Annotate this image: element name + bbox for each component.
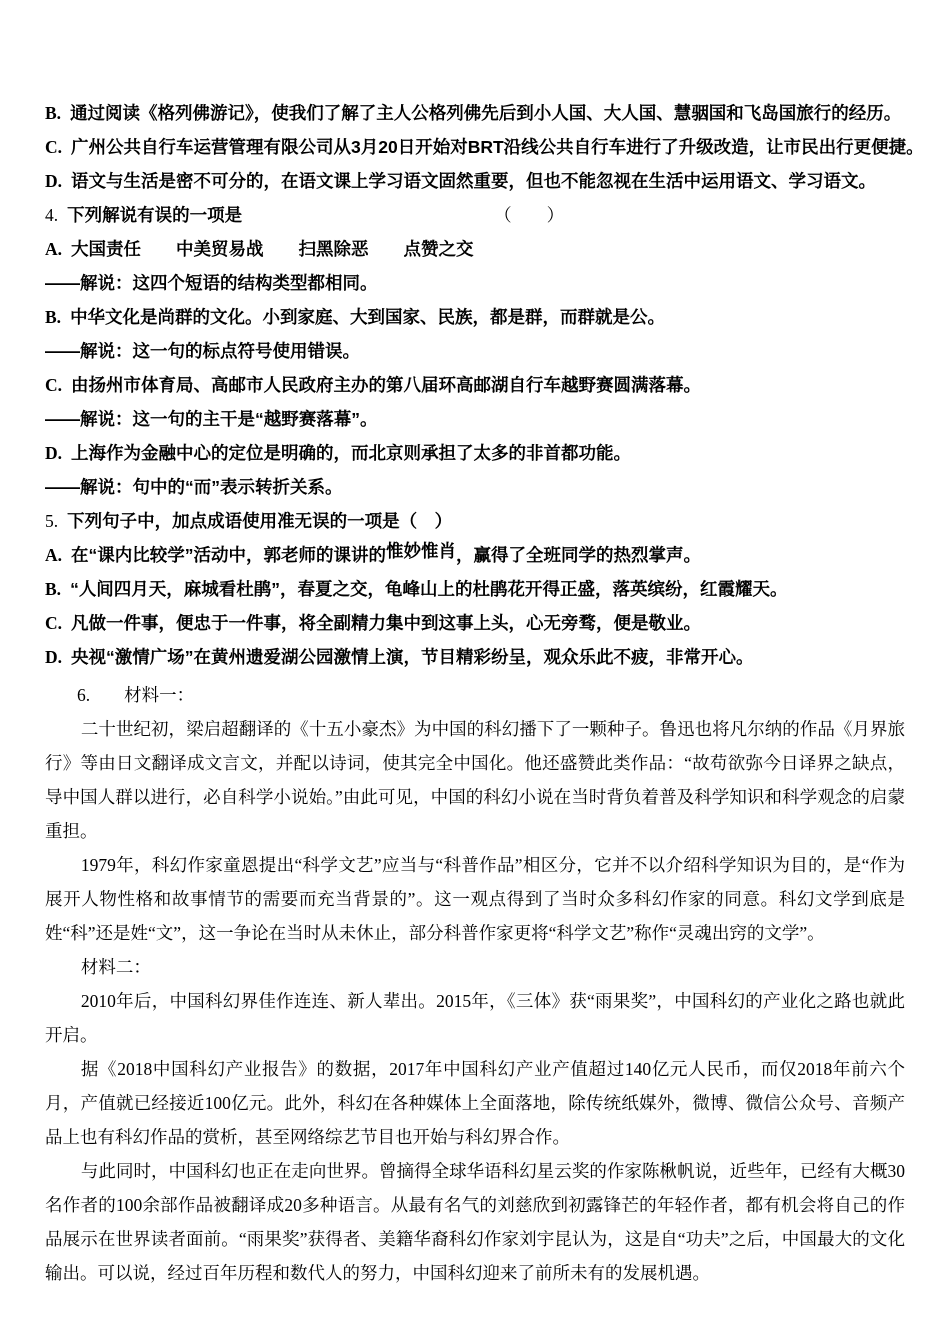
question-5-option-a: A.在“课内比较学”活动中，郭老师的课讲的惟妙惟肖，赢得了全班同学的热烈掌声。 — [45, 538, 905, 572]
question-number: 6. — [77, 685, 90, 705]
question-4-explanation-a: ——解说：这四个短语的结构类型都相同。 — [45, 266, 905, 300]
option-letter: B. — [45, 103, 61, 123]
material-2-paragraph-1: 2010年后，中国科幻界佳作连连、新人辈出。2015年，《三体》获“雨果奖”，中… — [45, 984, 905, 1052]
question-4-option-b: B.中华文化是尚群的文化。小到家庭、大到国家、民族，都是群，而群就是公。 — [45, 300, 905, 334]
emphasized-idiom: 惟妙惟肖 — [386, 541, 456, 561]
question-3-option-c: C.广州公共自行车运营管理有限公司从3月20日开始对BRT沿线公共自行车进行了升… — [45, 130, 905, 164]
question-4-stem: 下列解说有误的一项是 — [67, 205, 242, 225]
answer-blank-parens: （ ） — [494, 205, 564, 225]
option-letter: B. — [45, 579, 61, 599]
question-number: 5. — [45, 511, 58, 531]
question-6-block: 6.材料一： 二十世纪初，梁启超翻译的《十五小豪杰》为中国的科幻播下了一颗种子。… — [45, 678, 905, 1290]
question-5-stem-line: 5.下列句子中，加点成语使用准无误的一项是（ ） — [45, 504, 905, 538]
question-5-stem: 下列句子中，加点成语使用准无误的一项是（ ） — [67, 511, 452, 531]
material-1-heading: 6.材料一： — [45, 678, 905, 712]
question-3-option-b: B.通过阅读《格列佛游记》，使我们了解了主人公格列佛先后到小人国、大人国、慧骃国… — [45, 96, 905, 130]
material-2-label: 材料二： — [45, 950, 905, 984]
option-text: 中华文化是尚群的文化。小到家庭、大到国家、民族，都是群，而群就是公。 — [70, 307, 665, 327]
explanation-text: ——解说：这四个短语的结构类型都相同。 — [45, 273, 378, 293]
question-4-explanation-d: ——解说：句中的“而”表示转折关系。 — [45, 470, 905, 504]
material-1-paragraph-2: 1979年，科幻作家童恩提出“科学文艺”应当与“科普作品”相区分，它并不以介绍科… — [45, 848, 905, 950]
option-letter: D. — [45, 171, 62, 191]
question-4-option-d: D.上海作为金融中心的定位是明确的，而北京则承担了太多的非首都功能。 — [45, 436, 905, 470]
option-text: 由扬州市体育局、高邮市人民政府主办的第八届环高邮湖自行车越野赛圆满落幕。 — [71, 375, 701, 395]
explanation-text: ——解说：句中的“而”表示转折关系。 — [45, 477, 343, 497]
question-4-explanation-b: ——解说：这一句的标点符号使用错误。 — [45, 334, 905, 368]
question-5-option-c: C.凡做一件事，便忠于一件事，将全副精力集中到这事上头，心无旁骛，便是敬业。 — [45, 606, 905, 640]
option-text: 凡做一件事，便忠于一件事，将全副精力集中到这事上头，心无旁骛，便是敬业。 — [71, 613, 701, 633]
option-letter: A. — [45, 545, 62, 565]
option-text-pre: 在“课内比较学”活动中，郭老师的课讲的 — [71, 545, 386, 565]
question-4-option-c: C.由扬州市体育局、高邮市人民政府主办的第八届环高邮湖自行车越野赛圆满落幕。 — [45, 368, 905, 402]
option-text: 上海作为金融中心的定位是明确的，而北京则承担了太多的非首都功能。 — [71, 443, 631, 463]
question-5-option-b: B.“人间四月天，麻城看杜鹃”，春夏之交，龟峰山上的杜鹃花开得正盛，落英缤纷，红… — [45, 572, 905, 606]
question-3-option-d: D.语文与生活是密不可分的，在语文课上学习语文固然重要，但也不能忽视在生活中运用… — [45, 164, 905, 198]
explanation-text: ——解说：这一句的标点符号使用错误。 — [45, 341, 360, 361]
option-letter: D. — [45, 647, 62, 667]
option-letter: C. — [45, 375, 62, 395]
material-2-paragraph-3: 与此同时，中国科幻也正在走向世界。曾摘得全球华语科幻星云奖的作家陈楸帆说，近些年… — [45, 1154, 905, 1290]
option-text: 央视“激情广场”在黄州遗爱湖公园激情上演，节目精彩纷呈，观众乐此不疲，非常开心。 — [71, 647, 754, 667]
material-1-label: 材料一： — [124, 685, 194, 705]
option-letter: A. — [45, 239, 62, 259]
option-letter: C. — [45, 613, 62, 633]
option-letter: C. — [45, 137, 62, 157]
question-4-explanation-c: ——解说：这一句的主干是“越野赛落幕”。 — [45, 402, 905, 436]
option-letter: D. — [45, 443, 62, 463]
explanation-text: ——解说：这一句的主干是“越野赛落幕”。 — [45, 409, 378, 429]
question-number: 4. — [45, 205, 58, 225]
option-text: 语文与生活是密不可分的，在语文课上学习语文固然重要，但也不能忽视在生活中运用语文… — [71, 171, 876, 191]
material-1-paragraph-1: 二十世纪初，梁启超翻译的《十五小豪杰》为中国的科幻播下了一颗种子。鲁迅也将凡尔纳… — [45, 712, 905, 848]
option-letter: B. — [45, 307, 61, 327]
option-text: “人间四月天，麻城看杜鹃”，春夏之交，龟峰山上的杜鹃花开得正盛，落英缤纷，红霞耀… — [70, 579, 788, 599]
exam-paper-page: B.通过阅读《格列佛游记》，使我们了解了主人公格列佛先后到小人国、大人国、慧骃国… — [0, 0, 950, 1344]
option-text: 通过阅读《格列佛游记》，使我们了解了主人公格列佛先后到小人国、大人国、慧骃国和飞… — [70, 103, 901, 123]
option-text: 广州公共自行车运营管理有限公司从3月20日开始对BRT沿线公共自行车进行了升级改… — [71, 137, 924, 157]
question-4-option-a: A.大国责任 中美贸易战 扫黑除恶 点赞之交 — [45, 232, 905, 266]
material-2-paragraph-2: 据《2018中国科幻产业报告》的数据，2017年中国科幻产业产值超过140亿元人… — [45, 1052, 905, 1154]
question-4-stem-line: 4.下列解说有误的一项是（ ） — [45, 198, 905, 232]
option-text: 大国责任 中美贸易战 扫黑除恶 点赞之交 — [71, 239, 474, 259]
question-5-option-d: D.央视“激情广场”在黄州遗爱湖公园激情上演，节目精彩纷呈，观众乐此不疲，非常开… — [45, 640, 905, 674]
option-text-post: ，赢得了全班同学的热烈掌声。 — [456, 545, 701, 565]
